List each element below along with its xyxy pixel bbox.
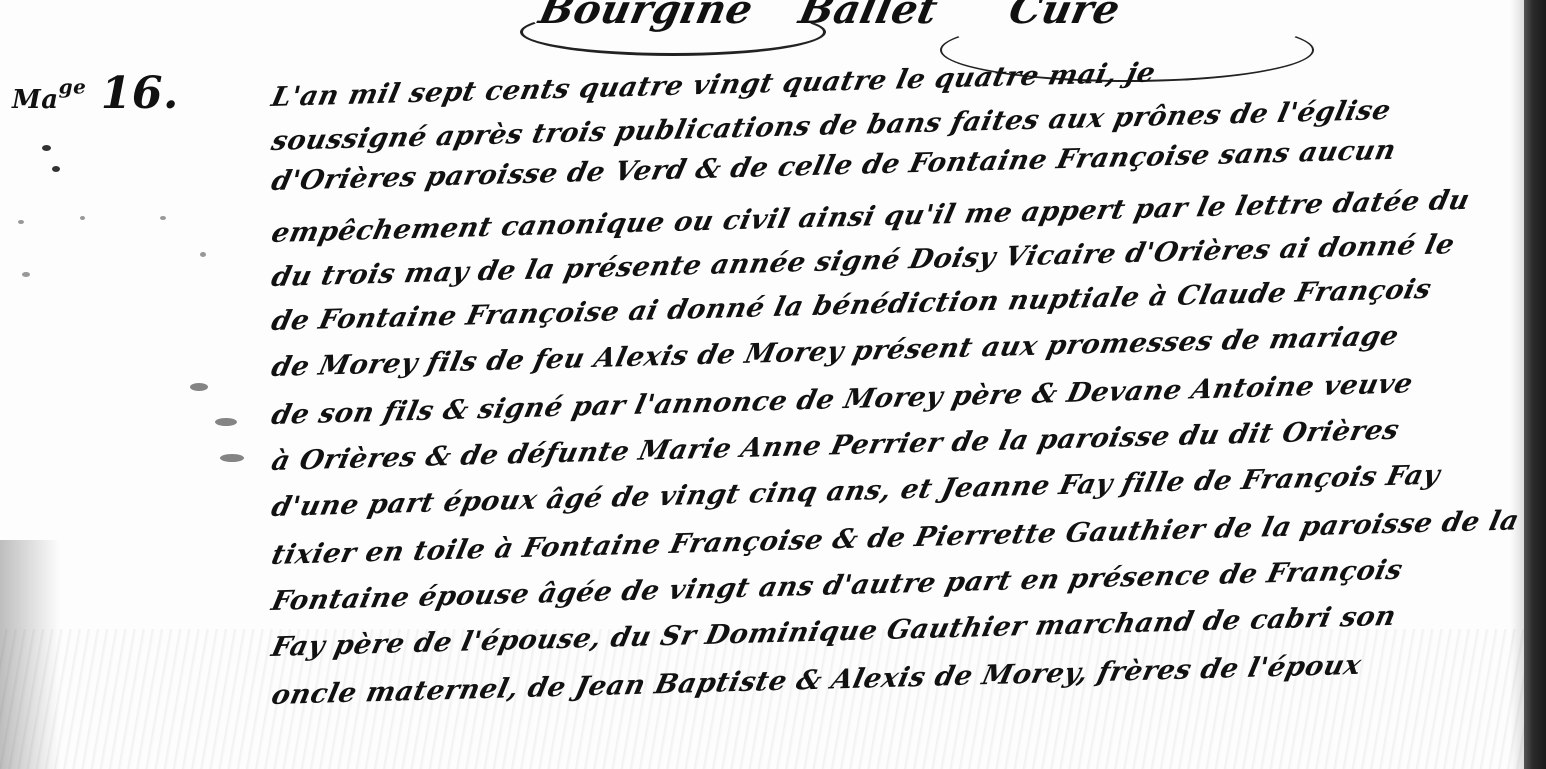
margin-entry-label: Mage 16. [12,68,179,119]
entry-number: 16. [101,68,179,119]
paper-stain [0,540,60,769]
text-line-14: oncle maternel, de Jean Baptiste & Alexi… [269,650,1365,711]
signature-flourish-1 [520,8,826,56]
register-page: Bourgine Ballet Curé Mage 16. L'an mil s… [0,0,1546,769]
page-shadow [1510,0,1524,769]
book-binding-edge [1524,0,1546,769]
margin-superscript: ge [59,75,87,99]
paper-texture [0,629,1546,769]
margin-prefix: Ma [12,85,59,115]
